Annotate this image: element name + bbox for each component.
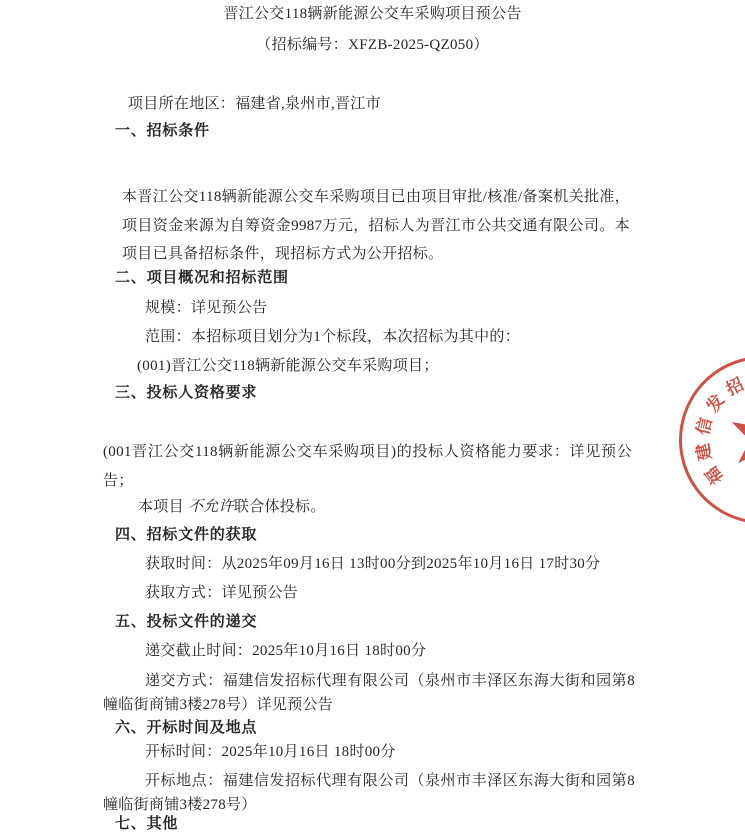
- section-5-method: 递交方式：福建信发招标代理有限公司（泉州市丰泽区东海大街和园第8幢临街商铺3楼2…: [103, 669, 635, 717]
- company-seal: ★ 福建信发招标代理有限公司: [667, 344, 745, 536]
- section-6-open-time: 开标时间：2025年10月16日 18时00分: [145, 741, 396, 763]
- tender-announcement-page: 晋江公交118辆新能源公交车采购项目预公告 （招标编号：XFZB-2025-QZ…: [0, 0, 745, 833]
- section-3-requirement: (001晋江公交118辆新能源公交车采购项目)的投标人资格能力要求：详见预公告；: [103, 438, 632, 495]
- consortium-not-allowed: 不允许: [188, 499, 234, 515]
- tender-number-line: （招标编号：XFZB-2025-QZ050）: [0, 34, 745, 56]
- section-1-body: 本晋江公交118辆新能源公交车采购项目已由项目审批/核准/备案机关批准，项目资金…: [122, 183, 630, 269]
- section-5-heading: 五、投标文件的递交: [115, 611, 257, 633]
- section-2-lot: (001)晋江公交118辆新能源公交车采购项目；: [137, 355, 439, 377]
- project-location-line: 项目所在地区：福建省,泉州市,晋江市: [128, 93, 381, 115]
- section-6-open-place: 开标地点：福建信发招标代理有限公司（泉州市丰泽区东海大街和园第8幢临街商铺3楼2…: [103, 769, 635, 817]
- section-2-heading: 二、项目概况和招标范围: [115, 267, 289, 289]
- section-2-scale: 规模：详见预公告: [145, 297, 267, 319]
- section-3-consortium-line: 本项目 不允许联合体投标。: [138, 496, 326, 518]
- section-4-heading: 四、招标文件的获取: [115, 524, 257, 546]
- consortium-prefix: 本项目: [138, 499, 188, 515]
- section-1-heading: 一、招标条件: [115, 120, 210, 142]
- section-4-obtain-method: 获取方式：详见预公告: [145, 582, 298, 604]
- consortium-suffix: 联合体投标。: [234, 499, 326, 515]
- section-5-deadline: 递交截止时间：2025年10月16日 18时00分: [145, 640, 426, 662]
- section-4-obtain-time: 获取时间：从2025年09月16日 13时00分到2025年10月16日 17时…: [145, 553, 600, 575]
- section-6-heading: 六、开标时间及地点: [115, 717, 257, 739]
- section-7-heading: 七、其他: [115, 813, 178, 833]
- document-title: 晋江公交118辆新能源公交车采购项目预公告: [0, 3, 745, 25]
- section-2-scope: 范围：本招标项目划分为1个标段，本次招标为其中的：: [145, 326, 520, 348]
- section-3-heading: 三、投标人资格要求: [115, 382, 257, 404]
